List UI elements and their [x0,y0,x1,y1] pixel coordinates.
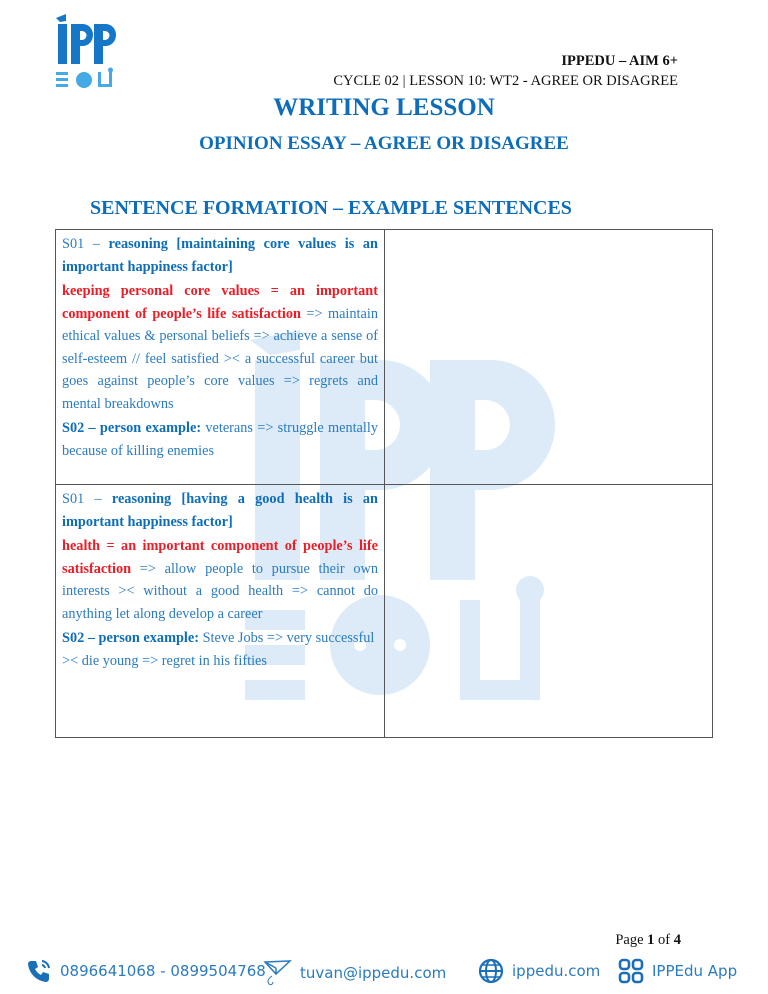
app-grid-icon [618,958,644,984]
s02-label: S02 – person example: [62,420,201,436]
s02-label: S02 – person example: [62,630,199,646]
phone-text: 0896641068 - 0899504768 [60,962,266,980]
brand-line: IPPEDU – AIM 6+ [333,51,678,71]
ipp-edu-logo [54,14,124,90]
page-title: WRITING LESSON [0,94,768,122]
example-cell: S01 – reasoning [having a good health is… [56,485,385,738]
footer-email[interactable]: tuvan@ippedu.com [262,958,446,988]
app-text: IPPEdu App [652,962,737,980]
email-text: tuvan@ippedu.com [300,964,446,982]
s01-prefix: S01 – [62,236,109,252]
footer-website[interactable]: ippedu.com [478,958,600,984]
s01-reasoning: reasoning [maintaining core values is an… [62,236,378,275]
total-pages: 4 [674,932,681,948]
document-page: IPPEDU – AIM 6+ CYCLE 02 | LESSON 10: WT… [0,0,768,994]
example-sentences-table: S01 – reasoning [maintaining core values… [55,229,713,738]
page-of: of [654,932,673,948]
table-row: S01 – reasoning [maintaining core values… [56,230,713,485]
paper-plane-icon [262,958,292,988]
s01-prefix: S01 – [62,491,112,507]
table-row: S01 – reasoning [having a good health is… [56,485,713,738]
website-text: ippedu.com [512,962,600,980]
globe-icon [478,958,504,984]
lesson-line: CYCLE 02 | LESSON 10: WT2 - AGREE OR DIS… [333,71,678,91]
footer: 0896641068 - 0899504768 tuvan@ippedu.com… [0,950,768,986]
phone-icon [26,958,52,984]
footer-phone[interactable]: 0896641068 - 0899504768 [26,958,266,984]
document-header: IPPEDU – AIM 6+ CYCLE 02 | LESSON 10: WT… [333,51,678,91]
notes-cell[interactable] [385,485,713,738]
page-number: Page 1 of 4 [615,932,681,949]
page-subtitle: OPINION ESSAY – AGREE OR DISAGREE [0,133,768,155]
example-cell: S01 – reasoning [maintaining core values… [56,230,385,485]
notes-cell[interactable] [385,230,713,485]
section-title: SENTENCE FORMATION – EXAMPLE SENTENCES [90,197,572,220]
page-label: Page [615,932,647,948]
footer-app[interactable]: IPPEdu App [618,958,737,984]
